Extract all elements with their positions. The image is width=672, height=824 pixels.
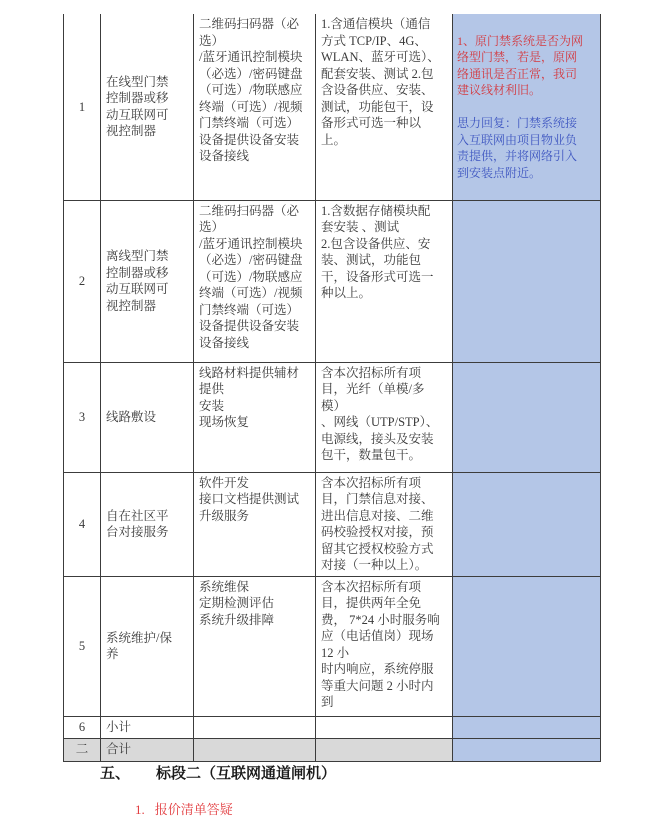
- total-row: 二 合计: [64, 738, 601, 761]
- note-cell: 1、原门禁系统是否为网 络型门禁，若是，原网 络通讯是否正常，我司 建议线材利旧…: [453, 14, 601, 200]
- detail-cell: 含本次招标所有项 目，光纤（单模/多 模） 、网线（UTP/STP）、 电源线，…: [316, 362, 453, 472]
- row-number-cell: 6: [64, 716, 101, 738]
- item-name-cell: 线路敷设: [101, 362, 194, 472]
- item-name-cell: 自在社区平 台对接服务: [101, 472, 194, 576]
- row-number-cell: 3: [64, 362, 101, 472]
- section-heading: 五、标段二（互联网通道闸机）: [100, 762, 336, 783]
- detail-cell: 1.含通信模块（通信 方式 TCP/IP、4G、 WLAN、蓝牙可选）、 配套安…: [316, 14, 453, 200]
- detail-cell: 含本次招标所有项 目，提供两年全免 费， 7*24 小时服务响 应（电话值岗）现…: [316, 576, 453, 716]
- row-number-cell: 5: [64, 576, 101, 716]
- section-number: 五、: [100, 766, 130, 782]
- item-name-cell: 离线型门禁 控制器或移 动互联网可 视控制器: [101, 200, 194, 362]
- note-cell: [453, 576, 601, 716]
- table-row: 5 系统维护/保 养 系统维保 定期检测评估 系统升级排障 含本次招标所有项 目…: [64, 576, 601, 716]
- row-number-cell: 2: [64, 200, 101, 362]
- note-question: 1、原门禁系统是否为网 络型门禁，若是，原网 络通讯是否正常，我司 建议线材利旧…: [457, 33, 596, 99]
- table-row: 4 自在社区平 台对接服务 软件开发 接口文档提供测试 升级服务 含本次招标所有…: [64, 472, 601, 576]
- device-cell: [194, 716, 316, 738]
- subsection-number: 1.: [135, 802, 145, 817]
- row-number-cell: 二: [64, 738, 101, 761]
- detail-cell: [316, 716, 453, 738]
- detail-cell: 1.含数据存储模块配 套安装 、测试 2.包含设备供应、安 装、测试，功能包 干…: [316, 200, 453, 362]
- item-name-cell: 在线型门禁 控制器或移 动互联网可 视控制器: [101, 14, 194, 200]
- device-cell: 线路材料提供辅材 提供 安装 现场恢复: [194, 362, 316, 472]
- item-name-cell: 系统维护/保 养: [101, 576, 194, 716]
- subsection-item: 1.报价清单答疑: [135, 799, 233, 818]
- item-name-cell: 小计: [101, 716, 194, 738]
- quotation-table: 1 在线型门禁 控制器或移 动互联网可 视控制器 二维码扫码器（必 选） /蓝牙…: [63, 14, 601, 762]
- device-cell: 二维码扫码器（必 选） /蓝牙通讯控制模块 （必选）/密码键盘 （可选）/物联感…: [194, 200, 316, 362]
- table-row: 1 在线型门禁 控制器或移 动互联网可 视控制器 二维码扫码器（必 选） /蓝牙…: [64, 14, 601, 200]
- subsection-title: 报价清单答疑: [155, 802, 233, 817]
- note-reply: 思力回复：门禁系统接 入互联网由项目物业负 责提供，并将网络引入 到安装点附近。: [457, 115, 596, 181]
- device-cell: [194, 738, 316, 761]
- device-cell: 系统维保 定期检测评估 系统升级排障: [194, 576, 316, 716]
- detail-cell: [316, 738, 453, 761]
- detail-cell: 含本次招标所有项 目，门禁信息对接、 进出信息对接、二维 码校验授权对接，预 留…: [316, 472, 453, 576]
- note-cell: [453, 716, 601, 738]
- item-name-cell: 合计: [101, 738, 194, 761]
- note-cell: [453, 738, 601, 761]
- row-number-cell: 1: [64, 14, 101, 200]
- note-cell: [453, 200, 601, 362]
- note-cell: [453, 472, 601, 576]
- table-row: 3 线路敷设 线路材料提供辅材 提供 安装 现场恢复 含本次招标所有项 目，光纤…: [64, 362, 601, 472]
- device-cell: 二维码扫码器（必 选） /蓝牙通讯控制模块 （必选）/密码键盘 （可选）/物联感…: [194, 14, 316, 200]
- note-cell: [453, 362, 601, 472]
- section-title: 标段二（互联网通道闸机）: [156, 766, 336, 782]
- row-number-cell: 4: [64, 472, 101, 576]
- subtotal-row: 6 小计: [64, 716, 601, 738]
- table-row: 2 离线型门禁 控制器或移 动互联网可 视控制器 二维码扫码器（必 选） /蓝牙…: [64, 200, 601, 362]
- device-cell: 软件开发 接口文档提供测试 升级服务: [194, 472, 316, 576]
- document-page: 1 在线型门禁 控制器或移 动互联网可 视控制器 二维码扫码器（必 选） /蓝牙…: [0, 0, 672, 824]
